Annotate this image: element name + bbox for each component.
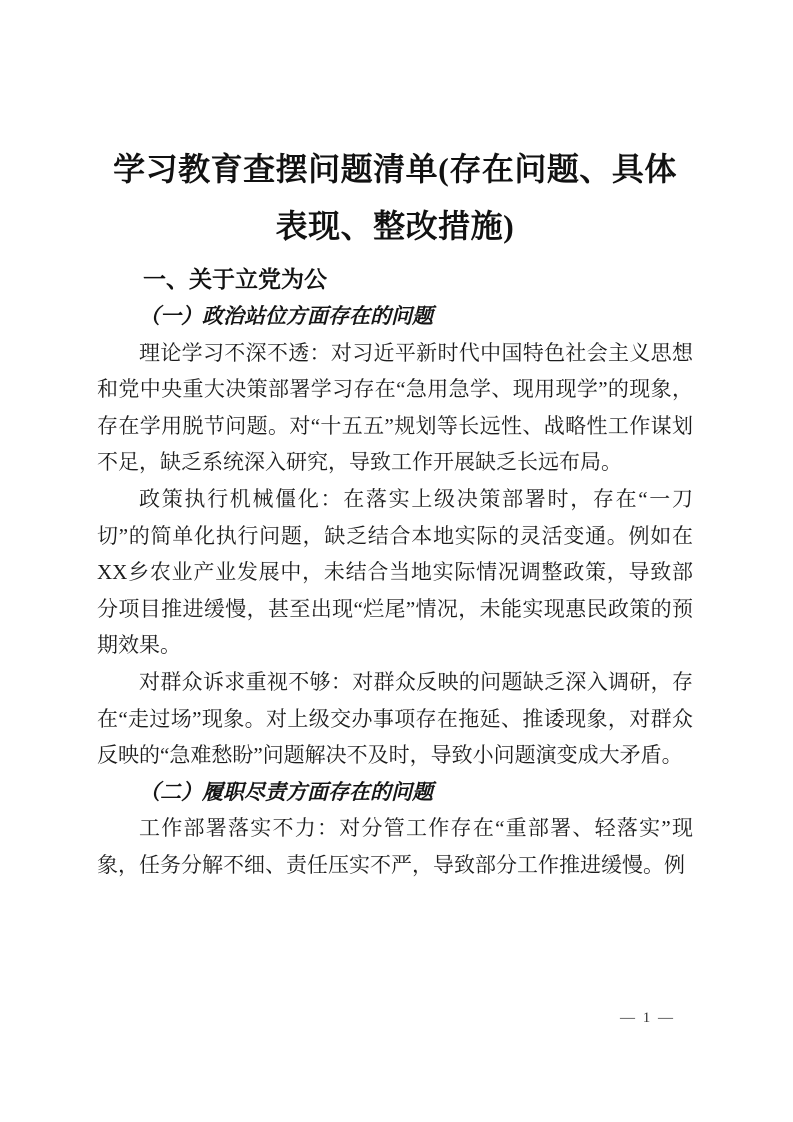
- paragraph-public-appeals: 对群众诉求重视不够：对群众反映的问题缺乏深入调研，存在“走过场”现象。对上级交办…: [97, 664, 693, 774]
- page-number: — 1 —: [620, 1010, 675, 1027]
- document-body: 学习教育查摆问题清单(存在问题、具体表现、整改措施) 一、关于立党为公 （一）政…: [97, 141, 693, 884]
- paragraph-policy-execution: 政策执行机械僵化：在落实上级决策部署时，存在“一刀切”的简单化执行问题，缺乏结合…: [97, 481, 693, 664]
- paragraph-theory-study: 理论学习不深不透：对习近平新时代中国特色社会主义思想和党中央重大决策部署学习存在…: [97, 335, 693, 481]
- paragraph-work-deployment: 工作部署落实不力：对分管工作存在“重部署、轻落实”现象，任务分解不细、责任压实不…: [97, 810, 693, 883]
- document-title: 学习教育查摆问题清单(存在问题、具体表现、整改措施): [97, 141, 693, 255]
- document-page: 学习教育查摆问题清单(存在问题、具体表现、整改措施) 一、关于立党为公 （一）政…: [0, 0, 793, 1122]
- section-heading-1: 一、关于立党为公: [97, 261, 693, 298]
- subsection-heading-1-2: （二）履职尽责方面存在的问题: [97, 774, 693, 811]
- subsection-heading-1-1: （一）政治站位方面存在的问题: [97, 298, 693, 335]
